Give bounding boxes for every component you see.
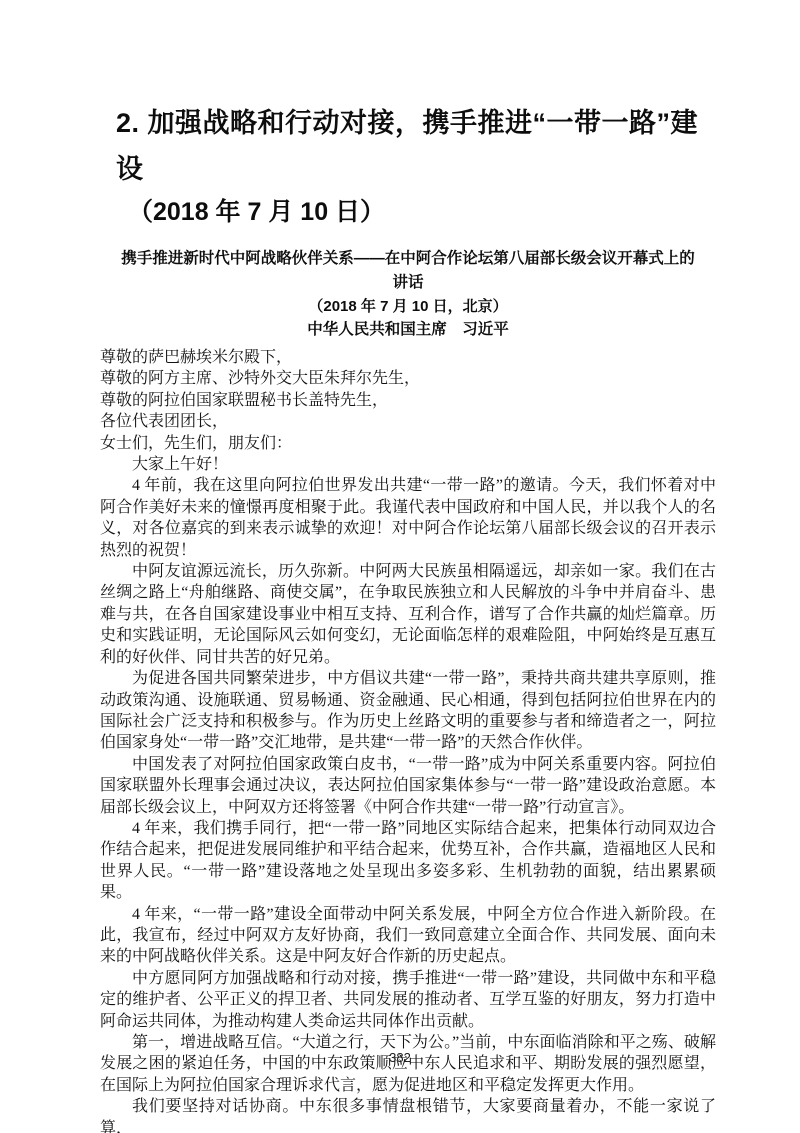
speech-subtitle-line1: 携手推进新时代中阿战略伙伴关系——在中阿合作论坛第八届部长级会议开幕式上的 — [100, 247, 716, 271]
salutation-line: 尊敬的萨巴赫埃米尔殿下， — [100, 347, 716, 368]
body-paragraph: 4 年来，“一带一路”建设全面带动中阿关系发展，中阿全方位合作进入新阶段。在此，… — [100, 904, 716, 968]
body-paragraph: 为促进各国共同繁荣进步，中方倡议共建“一带一路”，秉持共商共建共享原则，推动政策… — [100, 668, 716, 754]
salutation-line: 女士们，先生们，朋友们： — [100, 433, 716, 454]
speech-date-location: （2018 年 7 月 10 日，北京） — [100, 295, 716, 318]
speech-subtitle-line2: 讲话 — [100, 271, 716, 295]
salutation-line: 各位代表团团长， — [100, 411, 716, 432]
document-title-text: 2. 加强战略和行动对接，携手推进“一带一路”建设 — [116, 100, 720, 192]
body-paragraph: 我们要坚持对话协商。中东很多事情盘根错节，大家要商量着办，不能一家说了算， — [100, 1096, 716, 1133]
speech-body: 尊敬的萨巴赫埃米尔殿下， 尊敬的阿方主席、沙特外交大臣朱拜尔先生， 尊敬的阿拉伯… — [100, 347, 716, 1133]
speech-author: 中华人民共和国主席 习近平 — [100, 318, 716, 341]
body-paragraph: 中国发表了对阿拉伯国家政策白皮书，“一带一路”成为中阿关系重要内容。阿拉伯国家联… — [100, 754, 716, 818]
body-paragraph: 中方愿同阿方加强战略和行动对接，携手推进“一带一路”建设，共同做中东和平稳定的维… — [100, 968, 716, 1032]
body-paragraph: 4 年前，我在这里向阿拉伯世界发出共建“一带一路”的邀请。今天，我们怀着对中阿合… — [100, 475, 716, 561]
page-number: 382 — [0, 1050, 800, 1065]
salutation-line: 尊敬的阿方主席、沙特外交大臣朱拜尔先生， — [100, 368, 716, 389]
speech-header: 携手推进新时代中阿战略伙伴关系——在中阿合作论坛第八届部长级会议开幕式上的 讲话… — [100, 247, 716, 341]
body-paragraph: 4 年来，我们携手同行，把“一带一路”同地区实际结合起来，把集体行动同双边合作结… — [100, 818, 716, 904]
document-title: 2. 加强战略和行动对接，携手推进“一带一路”建设 （2018 年 7 月 10… — [116, 100, 720, 233]
salutation-line: 尊敬的阿拉伯国家联盟秘书长盖特先生， — [100, 390, 716, 411]
document-title-date: （2018 年 7 月 10 日） — [116, 192, 720, 233]
document-page: 2. 加强战略和行动对接，携手推进“一带一路”建设 （2018 年 7 月 10… — [0, 0, 800, 1133]
body-paragraph: 中阿友谊源远流长，历久弥新。中阿两大民族虽相隔遥远，却亲如一家。我们在古丝绸之路… — [100, 561, 716, 668]
greeting-line: 大家上午好！ — [100, 454, 716, 475]
